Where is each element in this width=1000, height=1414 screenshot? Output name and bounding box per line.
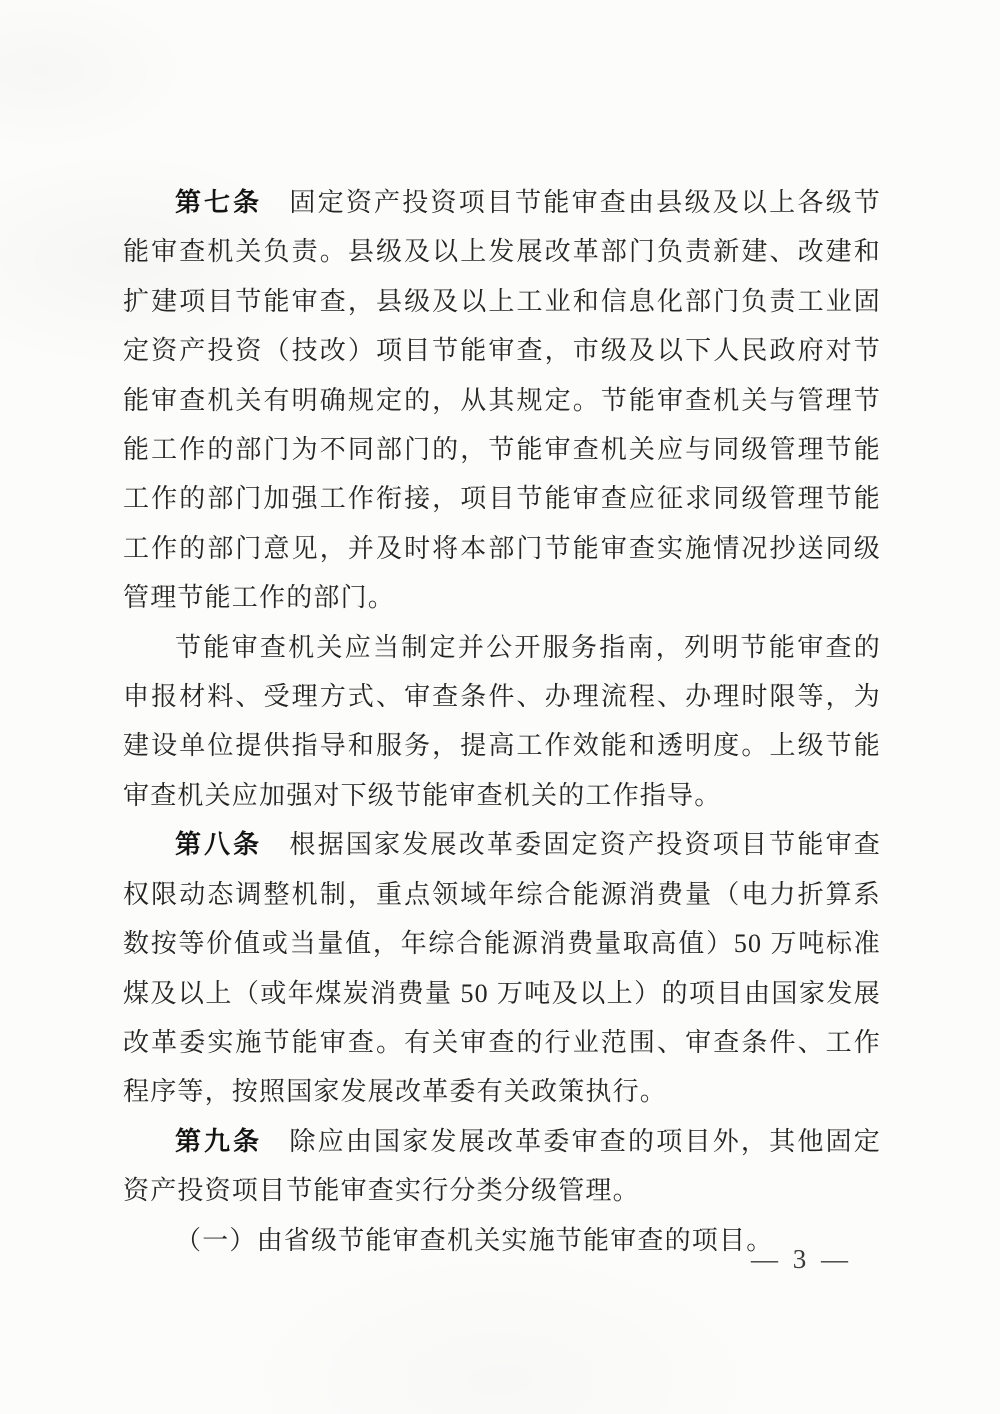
article-9-paragraph: 第九条除应由国家发展改革委审查的项目外，其他固定资产投资项目节能审查实行分类分级… [123,1117,881,1216]
article-8-heading: 第八条 [175,829,262,859]
document-body: 第七条固定资产投资项目节能审查由县级及以上各级节能审查机关负责。县级及以上发展改… [123,178,881,1265]
article-8-text: 根据国家发展改革委固定资产投资项目节能审查权限动态调整机制，重点领域年综合能源消… [123,830,881,1106]
article-8-paragraph: 第八条根据国家发展改革委固定资产投资项目节能审查权限动态调整机制，重点领域年综合… [123,820,881,1116]
article-7-text: 固定资产投资项目节能审查由县级及以上各级节能审查机关负责。县级及以上发展改革部门… [123,188,881,612]
scanned-document-page: { "page": { "number": "— 3 —", "articles… [0,0,1000,1414]
article-9-heading: 第九条 [175,1126,262,1156]
article-7-heading: 第七条 [175,187,262,217]
list-item-1-text: （一）由省级节能审查机关实施节能审查的项目。 [175,1226,773,1255]
service-guide-text: 节能审查机关应当制定并公开服务指南，列明节能审查的申报材料、受理方式、审查条件、… [123,633,881,810]
article-7-paragraph: 第七条固定资产投资项目节能审查由县级及以上各级节能审查机关负责。县级及以上发展改… [123,178,881,623]
page-number: — 3 — [751,1244,852,1275]
service-guide-paragraph: 节能审查机关应当制定并公开服务指南，列明节能审查的申报材料、受理方式、审查条件、… [123,623,881,821]
